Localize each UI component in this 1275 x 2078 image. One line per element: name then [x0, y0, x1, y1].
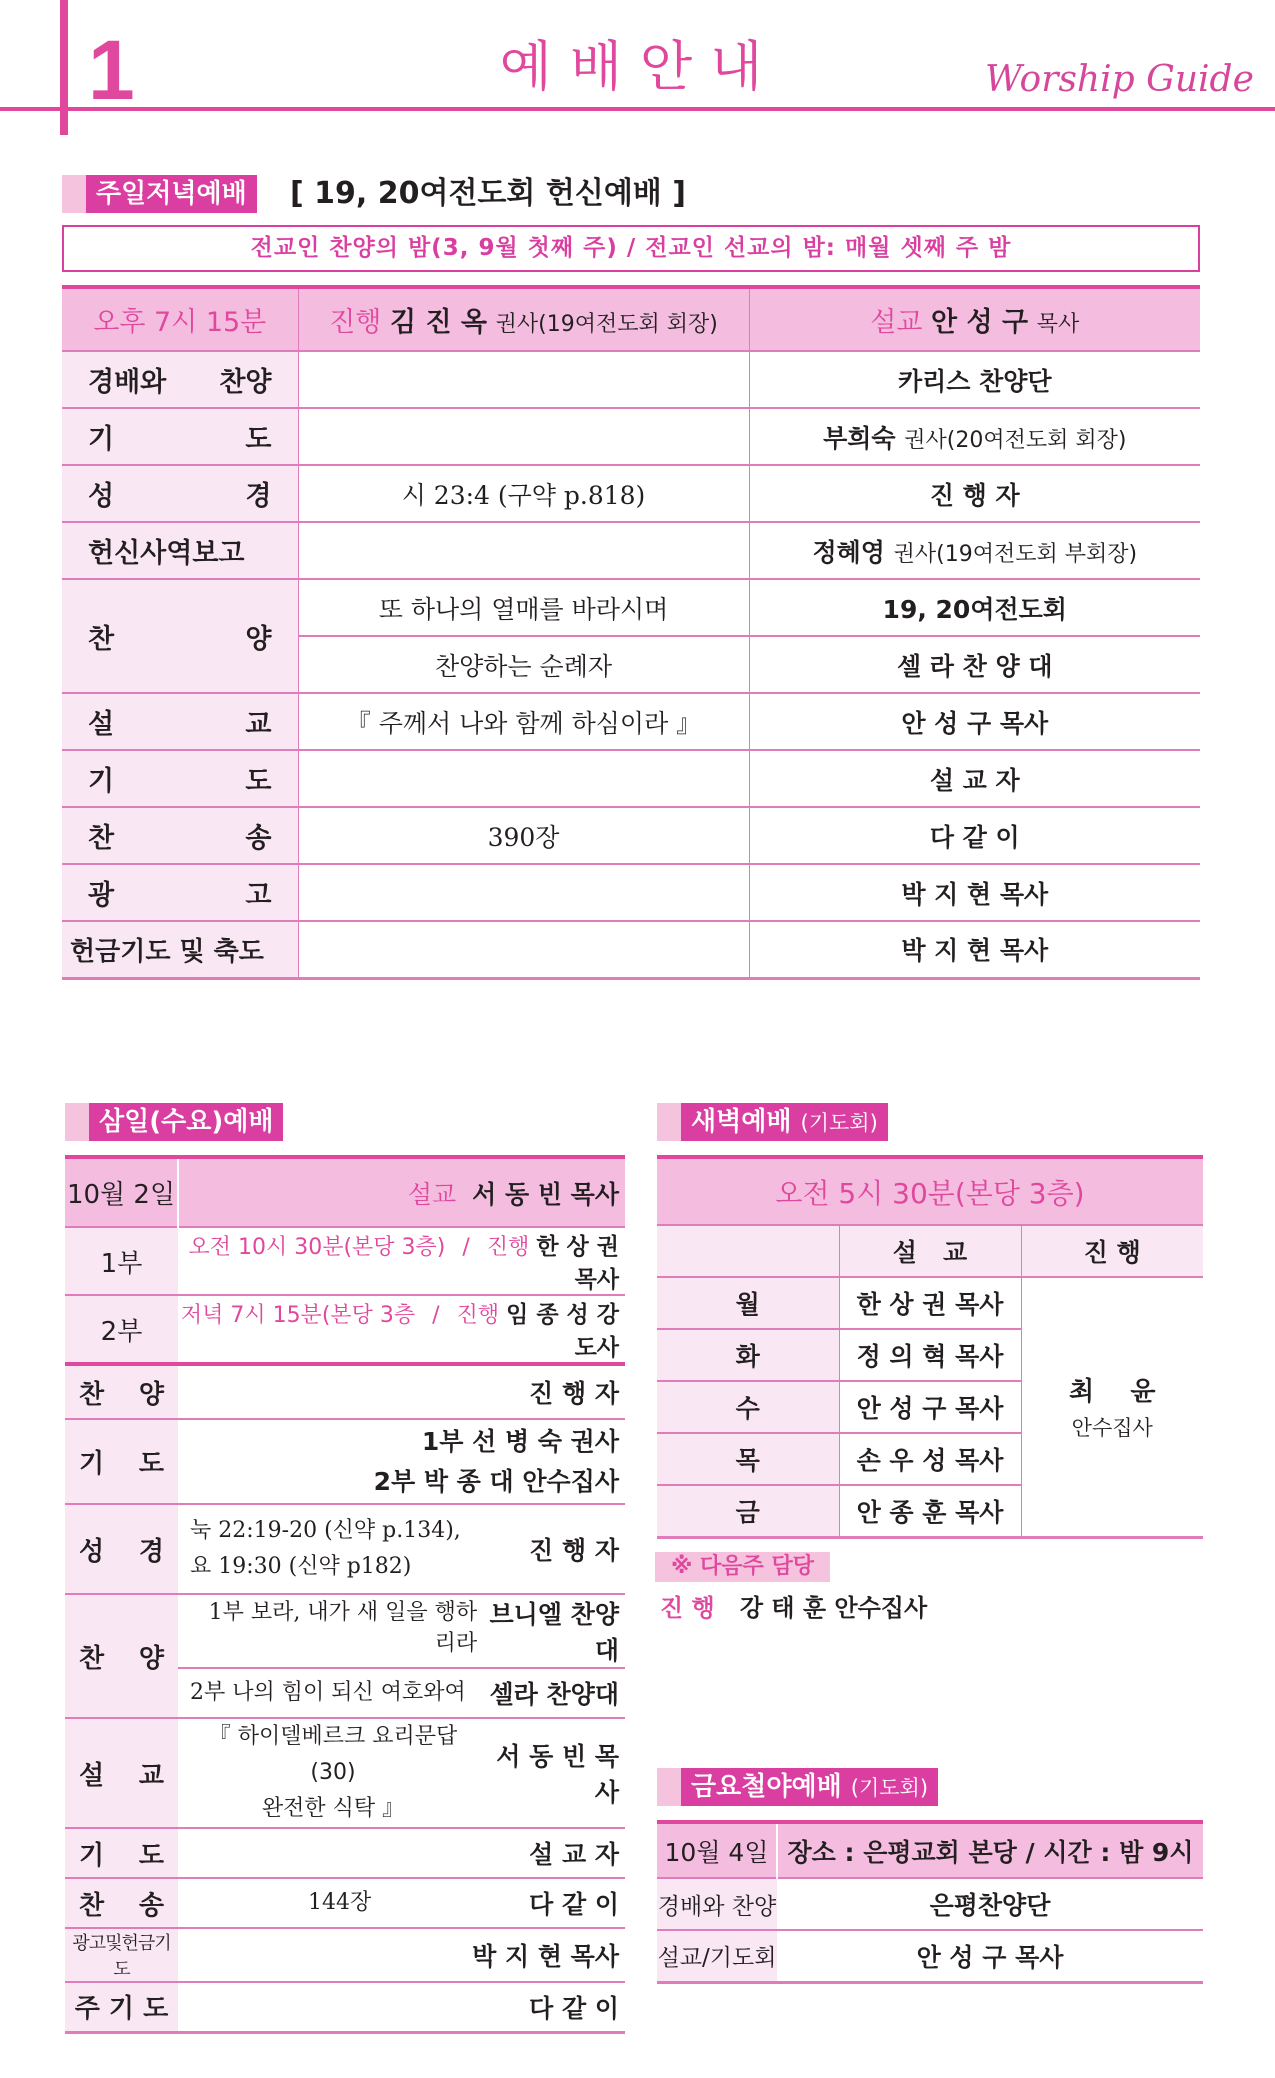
item-content: [298, 522, 749, 579]
table-row: 기도 설 교 자: [62, 750, 1200, 807]
item-label: 찬송: [65, 1878, 178, 1928]
table-row: 주 기 도 다 같 이: [65, 1982, 625, 2032]
table-row: 찬양 1부 보라, 내가 새 일을 행하리라 브니엘 찬양대: [65, 1594, 625, 1668]
item-person: 박 지 현 목사: [178, 1928, 625, 1982]
item-label: 찬송: [62, 807, 298, 864]
item-person: 설 교 자: [749, 750, 1200, 807]
wednesday-table: 10월 2일 설교 서 동 빈 목사 1부 오전 10시 30분(본당 3층) …: [65, 1155, 625, 2034]
page-subtitle: Worship Guide: [985, 62, 1254, 98]
scripture-cell: 눅 22:19-20 (신약 p.134), 요 19:30 (신약 p182)…: [178, 1504, 625, 1594]
item-person: 셀 라 찬 양 대: [749, 636, 1200, 693]
item-label: 주 기 도: [65, 1982, 178, 2032]
item-person: 박 지 현 목사: [749, 864, 1200, 921]
day: 금: [657, 1485, 839, 1537]
item-person: 은평찬양단: [777, 1878, 1203, 1930]
col-preacher: 설 교: [839, 1225, 1021, 1277]
item-person: 부희숙 권사(20여전도회 회장): [749, 408, 1200, 465]
item-label: 광고및헌금기도: [65, 1928, 178, 1982]
preacher: 한 상 권 목사: [839, 1277, 1021, 1329]
table-row: 찬송 390장 다 같 이: [62, 807, 1200, 864]
table-header-row: 오후 7시 15분 진행 김 진 옥 권사(19여전도회 회장) 설교 안 성 …: [62, 287, 1200, 351]
item-person: 다 같 이: [178, 1982, 625, 2032]
label-stub: [62, 175, 86, 213]
item-content: [298, 864, 749, 921]
item-label: 찬양: [65, 1364, 178, 1419]
table-row: 기도 설 교 자: [65, 1828, 625, 1878]
item-label: 헌금기도 및 축도: [62, 921, 298, 978]
table-row: 헌금기도 및 축도 박 지 현 목사: [62, 921, 1200, 978]
item-person: 안 성 구 목사: [749, 693, 1200, 750]
preacher-cell: 설교 안 성 구 목사: [749, 287, 1200, 351]
song-title: 찬양하는 순례자: [298, 636, 749, 693]
item-label: 경배와 찬양: [657, 1878, 777, 1930]
session-row: 1부 오전 10시 30분(본당 3층) / 진행 한 상 권 목사: [65, 1227, 625, 1295]
table-row: 기도 1부 선 병 숙 권사 2부 박 종 대 안수집사: [65, 1419, 625, 1504]
item-content: [298, 921, 749, 978]
table-row: 월 한 상 권 목사 최 윤 안수집사: [657, 1277, 1203, 1329]
table-row: 성경 시 23:4 (구약 p.818) 진 행 자: [62, 465, 1200, 522]
table-header-row: 10월 4일 장소 : 은평교회 본당 / 시간 : 밤 9시: [657, 1822, 1203, 1878]
item-person: 정혜영 권사(19여전도회 부회장): [749, 522, 1200, 579]
table-row: 찬양 진 행 자: [65, 1364, 625, 1419]
item-label: 광고: [62, 864, 298, 921]
preacher: 손 우 성 목사: [839, 1433, 1021, 1485]
song-row: 2부 나의 힘이 되신 여호와여 셀라 찬양대: [178, 1668, 625, 1718]
hymn-number: 390장: [298, 807, 749, 864]
column-header-row: 설 교 진 행: [657, 1225, 1203, 1277]
table-row: 설교/기도회 안 성 구 목사: [657, 1930, 1203, 1982]
table-header-row: 오전 5시 30분(본당 3층): [657, 1157, 1203, 1225]
service-date: 10월 2일: [65, 1157, 178, 1227]
page-title: 예배안내: [450, 40, 830, 94]
table-row: 경배와찬양 카리스 찬양단: [62, 351, 1200, 408]
item-person: 설 교 자: [178, 1828, 625, 1878]
sermon-cell: 『 하이델베르크 요리문답(30) 완전한 식탁 』 서 동 빈 목사: [178, 1718, 625, 1828]
session-info: 오전 10시 30분(본당 3층) / 진행 한 상 권 목사: [178, 1227, 625, 1295]
leader-cell: 진행 김 진 옥 권사(19여전도회 회장): [298, 287, 749, 351]
item-label: 설교: [62, 693, 298, 750]
day: 목: [657, 1433, 839, 1485]
table-row: 광고및헌금기도 박 지 현 목사: [65, 1928, 625, 1982]
preacher: 안 종 훈 목사: [839, 1485, 1021, 1537]
next-week-leader: 진 행 강 태 훈 안수집사: [660, 1592, 927, 1624]
session-row: 2부 저녁 7시 15분(본당 3층 / 진행 임 종 성 강도사: [65, 1295, 625, 1364]
table-row: 기도 부희숙 권사(20여전도회 회장): [62, 408, 1200, 465]
section-label-friday: 금요철야예배 (기도회): [657, 1768, 938, 1806]
item-label: 찬양: [62, 579, 298, 693]
item-label: 기도: [62, 750, 298, 807]
leader-cell: 최 윤 안수집사: [1021, 1277, 1203, 1537]
session-part: 2부: [65, 1295, 178, 1364]
col-leader: 진 행: [1021, 1225, 1203, 1277]
item-label: 찬양: [65, 1594, 178, 1718]
item-label: 성경: [65, 1504, 178, 1594]
item-label: 설교: [65, 1718, 178, 1828]
item-content: [298, 408, 749, 465]
label-text: 주일저녁예배: [86, 175, 257, 213]
hymn-cell: 144장 다 같 이: [178, 1878, 625, 1928]
session-info: 저녁 7시 15분(본당 3층 / 진행 임 종 성 강도사: [178, 1295, 625, 1364]
label-stub: [657, 1768, 681, 1806]
table-row: 광고 박 지 현 목사: [62, 864, 1200, 921]
item-person: 박 지 현 목사: [749, 921, 1200, 978]
day: 화: [657, 1329, 839, 1381]
label-text: 금요철야예배 (기도회): [681, 1768, 938, 1806]
item-label: 설교/기도회: [657, 1930, 777, 1982]
table-row: 성경 눅 22:19-20 (신약 p.134), 요 19:30 (신약 p1…: [65, 1504, 625, 1594]
preacher: 정 의 혁 목사: [839, 1329, 1021, 1381]
service-info: 장소 : 은평교회 본당 / 시간 : 밤 9시: [777, 1822, 1203, 1878]
service-time: 오전 5시 30분(본당 3층): [657, 1157, 1203, 1225]
session-part: 1부: [65, 1227, 178, 1295]
label-stub: [657, 1103, 681, 1141]
item-label: 헌신사역보고: [62, 522, 298, 579]
item-content: [298, 351, 749, 408]
service-time: 오후 7시 15분: [62, 287, 298, 351]
sermon-title: 『 주께서 나와 함께 하심이라 』: [298, 693, 749, 750]
song-row: 1부 보라, 내가 새 일을 행하리라 브니엘 찬양대: [178, 1594, 625, 1668]
label-text: 새벽예배 (기도회): [681, 1103, 888, 1141]
item-person: 19, 20여전도회: [749, 579, 1200, 636]
next-week-tag: ※ 다음주 담당: [655, 1552, 830, 1582]
sunday-evening-title: [ 19, 20여전도회 헌신예배 ]: [290, 172, 686, 216]
item-person: 안 성 구 목사: [777, 1930, 1203, 1982]
table-row: 찬양 또 하나의 열매를 바라시며 19, 20여전도회: [62, 579, 1200, 636]
item-label: 기도: [65, 1419, 178, 1504]
page-number: 1: [88, 28, 135, 112]
section-label-wednesday: 삼일(수요)예배: [65, 1103, 283, 1141]
song-title: 또 하나의 열매를 바라시며: [298, 579, 749, 636]
day: 월: [657, 1277, 839, 1329]
label-text: 삼일(수요)예배: [89, 1103, 283, 1141]
item-person: 진 행 자: [178, 1364, 625, 1419]
item-label: 기도: [62, 408, 298, 465]
sunday-evening-table: 오후 7시 15분 진행 김 진 옥 권사(19여전도회 회장) 설교 안 성 …: [62, 285, 1200, 980]
header-vertical-bar: [60, 0, 68, 135]
item-person: 다 같 이: [749, 807, 1200, 864]
table-row: 설교 『 주께서 나와 함께 하심이라 』 안 성 구 목사: [62, 693, 1200, 750]
item-person: 진 행 자: [749, 465, 1200, 522]
preacher: 안 성 구 목사: [839, 1381, 1021, 1433]
header-rule: [0, 107, 1275, 111]
dawn-table: 오전 5시 30분(본당 3층) 설 교 진 행 월 한 상 권 목사 최 윤 …: [657, 1155, 1203, 1539]
table-header-row: 10월 2일 설교 서 동 빈 목사: [65, 1157, 625, 1227]
day: 수: [657, 1381, 839, 1433]
preacher-cell: 설교 서 동 빈 목사: [178, 1157, 625, 1227]
col-day: [657, 1225, 839, 1277]
table-row: 헌신사역보고 정혜영 권사(19여전도회 부회장): [62, 522, 1200, 579]
item-label: 기도: [65, 1828, 178, 1878]
table-row: 찬송 144장 다 같 이: [65, 1878, 625, 1928]
table-row: 설교 『 하이델베르크 요리문답(30) 완전한 식탁 』 서 동 빈 목사: [65, 1718, 625, 1828]
section-label-dawn: 새벽예배 (기도회): [657, 1103, 888, 1141]
prayer-leaders: 1부 선 병 숙 권사 2부 박 종 대 안수집사: [178, 1419, 625, 1504]
label-stub: [65, 1103, 89, 1141]
section-label-sunday-evening: 주일저녁예배: [62, 175, 257, 213]
friday-table: 10월 4일 장소 : 은평교회 본당 / 시간 : 밤 9시 경배와 찬양 은…: [657, 1820, 1203, 1984]
service-date: 10월 4일: [657, 1822, 777, 1878]
item-person: 카리스 찬양단: [749, 351, 1200, 408]
notice-box: 전교인 찬양의 밤(3, 9월 첫째 주) / 전교인 선교의 밤: 매월 셋째…: [62, 225, 1200, 272]
item-label: 경배와찬양: [62, 351, 298, 408]
item-content: [298, 750, 749, 807]
item-label: 성경: [62, 465, 298, 522]
scripture: 시 23:4 (구약 p.818): [298, 465, 749, 522]
table-row: 경배와 찬양 은평찬양단: [657, 1878, 1203, 1930]
